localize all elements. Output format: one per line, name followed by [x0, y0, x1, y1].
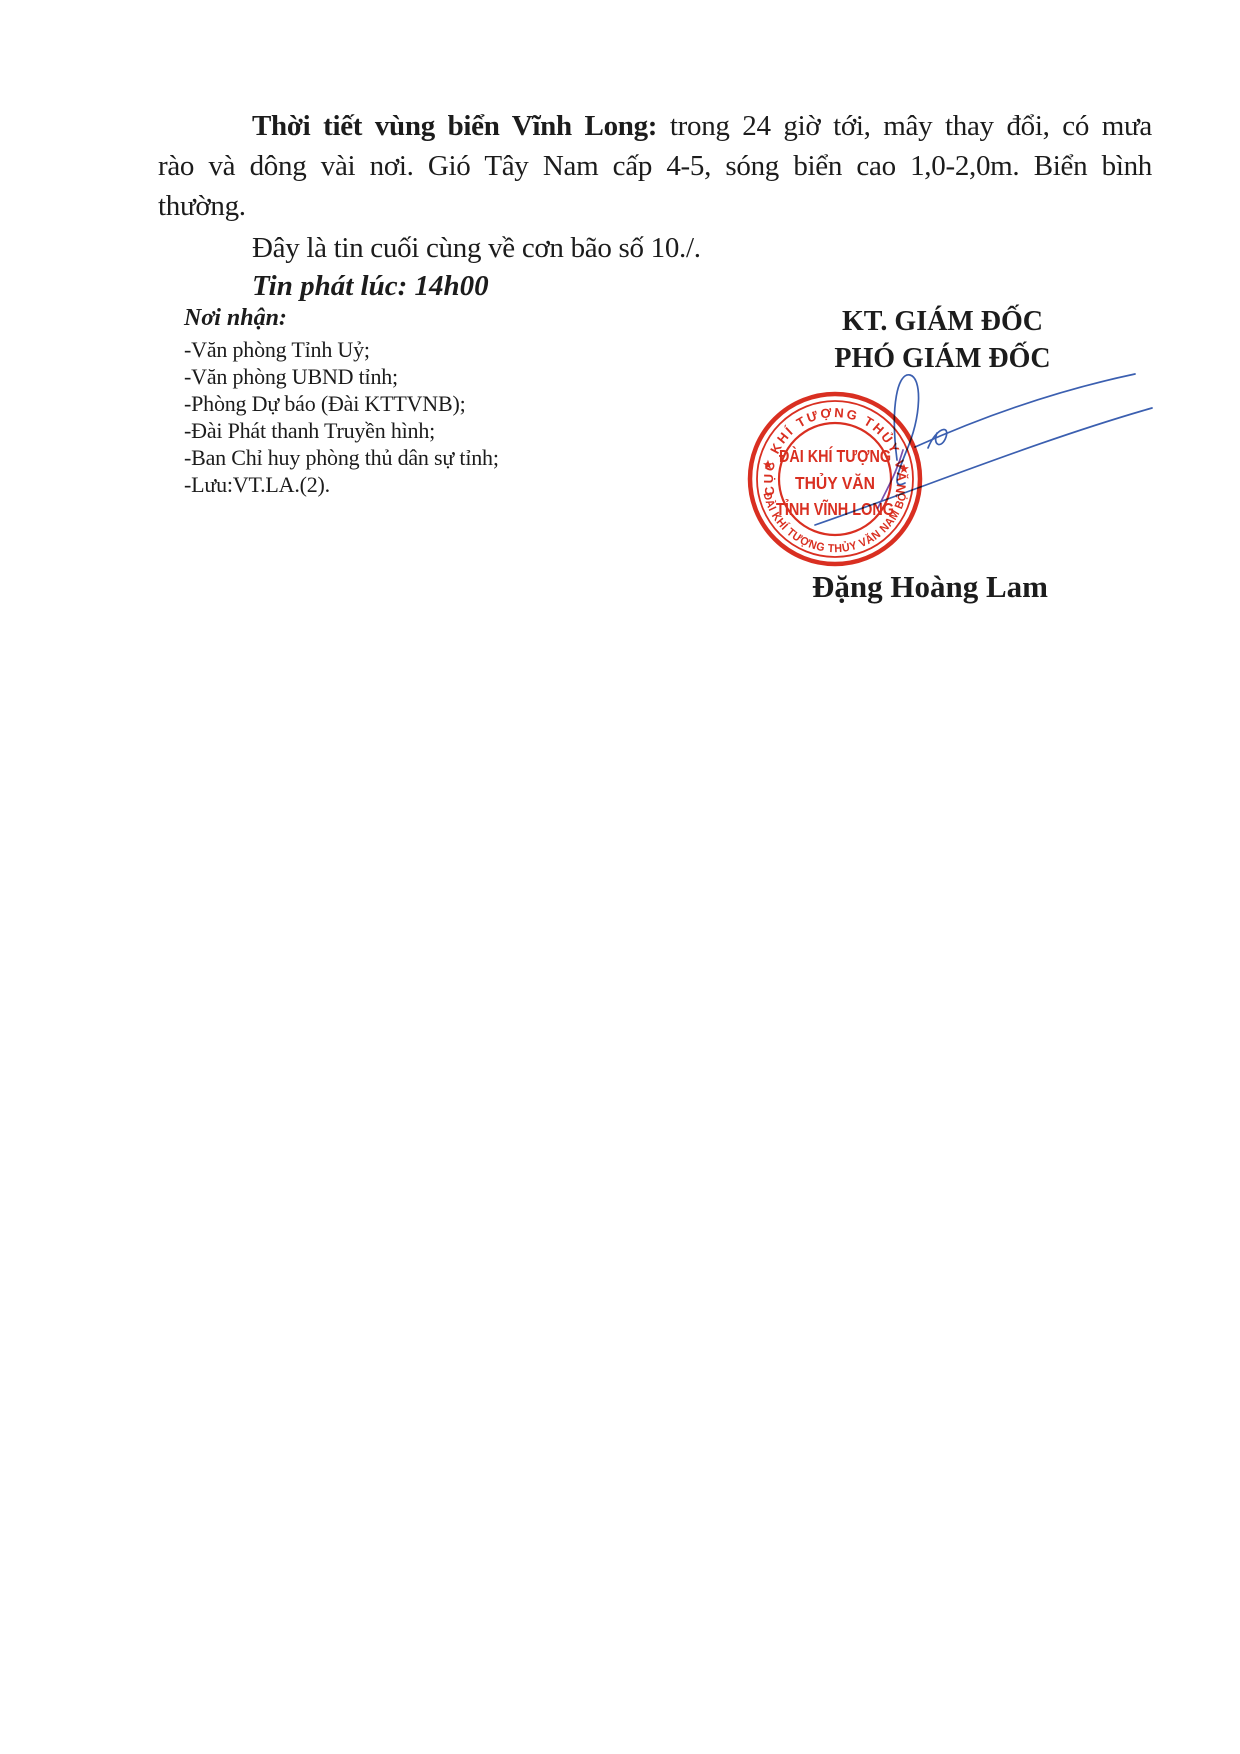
- recipient-item: -Phòng Dự báo (Đài KTTVNB);: [184, 390, 499, 417]
- recipients-title: Nơi nhận:: [184, 304, 499, 332]
- recipient-item: -Văn phòng UBND tỉnh;: [184, 363, 499, 390]
- signature-ink: [700, 320, 1170, 535]
- recipient-item: -Văn phòng Tỉnh Uỷ;: [184, 336, 499, 363]
- paragraph-line-2: rào và dông vài nơi. Gió Tây Nam cấp 4-5…: [158, 146, 1152, 186]
- signature-lower-sweep-stroke: [815, 408, 1152, 525]
- signature-loop-stroke: [894, 375, 918, 485]
- issue-time-line: Tin phát lúc: 14h00: [252, 266, 489, 306]
- recipients-block: Nơi nhận: -Văn phòng Tỉnh Uỷ; -Văn phòng…: [184, 304, 499, 498]
- paragraph-line-1-rest: trong 24 giờ tới, mây thay đổi, có mưa: [670, 110, 1152, 142]
- signature-upper-sweep-stroke: [915, 374, 1135, 447]
- weather-paragraph: Thời tiết vùng biển Vĩnh Long: trong 24 …: [158, 106, 1152, 226]
- paragraph-line-1: Thời tiết vùng biển Vĩnh Long: trong 24 …: [158, 106, 1152, 146]
- closing-line: Đây là tin cuối cùng về cơn bão số 10./.: [252, 228, 701, 268]
- signature-descender-stroke: [878, 450, 903, 508]
- signature-squiggle-stroke: [928, 429, 947, 448]
- recipient-item: -Đài Phát thanh Truyền hình;: [184, 417, 499, 444]
- paragraph-line-3: thường.: [158, 186, 1152, 226]
- paragraph-lead-bold: Thời tiết vùng biển Vĩnh Long:: [252, 110, 657, 142]
- document-page: Thời tiết vùng biển Vĩnh Long: trong 24 …: [0, 0, 1240, 1754]
- recipient-item: -Ban Chỉ huy phòng thủ dân sự tỉnh;: [184, 444, 499, 471]
- recipient-item: -Lưu:VT.LA.(2).: [184, 471, 499, 498]
- signer-name: Đặng Hoàng Lam: [755, 569, 1105, 605]
